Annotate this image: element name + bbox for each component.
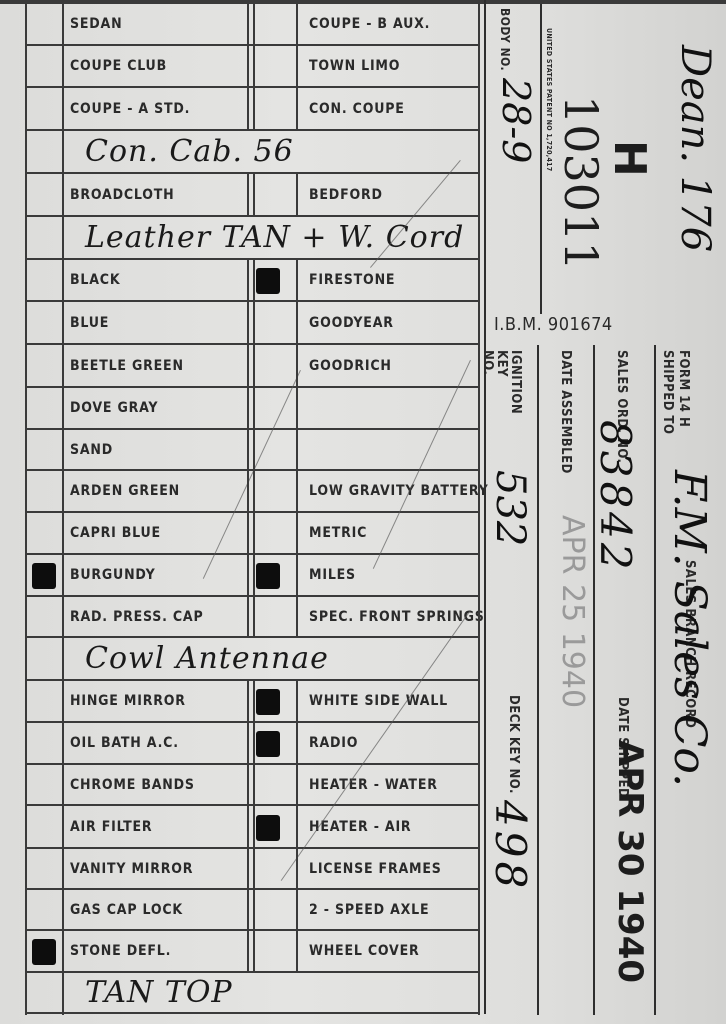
grid-row: AIR FILTERHEATER - AIR [25, 806, 479, 849]
grid-line-right-label [296, 260, 298, 302]
grid-line-mid-a [247, 430, 249, 471]
grid-line-right-label [296, 513, 298, 555]
option-mark-left[interactable] [32, 563, 56, 589]
grid-row: CHROME BANDSHEATER - WATER [25, 765, 479, 806]
grid-line-right-label [296, 723, 298, 765]
option-label-left: BLUE [70, 302, 109, 343]
option-label-left: STONE DEFL. [70, 931, 171, 971]
grid-line-mid-a [247, 471, 249, 513]
grid-line-mid-a [247, 513, 249, 555]
dealer-handwritten: Dean. 176 [672, 45, 718, 252]
serial-letter: H [604, 140, 655, 177]
date-assembled-value: APR 25 1940 [555, 515, 590, 708]
option-label-left: COUPE - A STD. [70, 88, 190, 129]
option-label-right: BEDFORD [309, 174, 383, 215]
grid-line-mid-b [253, 597, 255, 638]
grid-line-right-label [296, 46, 298, 88]
option-mark-right[interactable] [256, 563, 280, 589]
option-label-right: FIRESTONE [309, 260, 395, 300]
option-label-left: OIL BATH A.C. [70, 723, 179, 763]
option-label-left: VANITY MIRROR [70, 849, 193, 888]
grid-line-right-label [296, 890, 298, 931]
grid-row: TAN TOP [25, 973, 479, 1014]
grid-row: CAPRI BLUEMETRIC [25, 513, 479, 555]
grid-line-mid-b [253, 174, 255, 217]
grid-line-right-label [296, 174, 298, 217]
grid-line-right-label [296, 765, 298, 806]
grid-line-right-label [296, 345, 298, 388]
vehicle-build-card: SEDANCOUPE - B AUX.COUPE CLUBTOWN LIMOCO… [0, 0, 726, 1024]
grid-line-mid-b [253, 471, 255, 513]
grid-line-mid-a [247, 931, 249, 973]
grid-line-right-label [296, 88, 298, 131]
grid-line-mid-b [253, 46, 255, 88]
grid-line-right-label [296, 806, 298, 849]
grid-line-mid-a [247, 681, 249, 723]
grid-line-right-label [296, 681, 298, 723]
grid-line-left [25, 3, 27, 1015]
handwritten-note: Con. Cab. 56 [85, 131, 294, 172]
date-shipped-value: APR 30 1940 [610, 740, 650, 983]
handwritten-note: Cowl Antennae [85, 638, 329, 679]
option-mark-left[interactable] [32, 939, 56, 965]
option-label-left: SAND [70, 430, 113, 469]
grid-line-mid-a [247, 345, 249, 388]
option-label-right: METRIC [309, 513, 367, 553]
option-label-right: WHEEL COVER [309, 931, 420, 971]
grid-row: STONE DEFL.WHEEL COVER [25, 931, 479, 973]
option-label-right: HEATER - WATER [309, 765, 438, 804]
grid-line-right-label [296, 931, 298, 973]
option-mark-right[interactable] [256, 731, 280, 757]
option-mark-right[interactable] [256, 268, 280, 294]
grid-line-mid-a [247, 806, 249, 849]
grid-line-mid-b [253, 723, 255, 765]
grid-line-right-label [296, 555, 298, 597]
grid-line-mid-a [247, 890, 249, 931]
option-label-left: DOVE GRAY [70, 388, 158, 428]
grid-row: Con. Cab. 56 [25, 131, 479, 174]
grid-line-mid-a [247, 88, 249, 131]
grid-row: OIL BATH A.C.RADIO [25, 723, 479, 765]
body-no-value: 28-9 [494, 78, 538, 163]
grid-line-mid-a [247, 388, 249, 430]
grid-line-mid-b [253, 513, 255, 555]
grid-row: Cowl Antennae [25, 638, 479, 681]
grid-line-right-label [296, 471, 298, 513]
grid-line-mid-b [253, 931, 255, 973]
grid-row: HINGE MIRRORWHITE SIDE WALL [25, 681, 479, 723]
option-label-left: BLACK [70, 260, 120, 300]
option-mark-right[interactable] [256, 689, 280, 715]
option-label-right: TOWN LIMO [309, 46, 400, 86]
grid-line-mid-a [247, 597, 249, 638]
grid-line-mid-b [253, 555, 255, 597]
grid-line-mid-b [253, 302, 255, 345]
option-label-left: HINGE MIRROR [70, 681, 186, 721]
grid-line-right-label [296, 3, 298, 46]
sales-ord-value: 83842 [591, 420, 640, 574]
grid-line-mid-b [253, 3, 255, 46]
deck-key-value: 498 [486, 800, 535, 892]
ignition-key-label: IGNITION KEY NO. [480, 350, 522, 351]
shipped-to-value: F.M. Sales Co. [664, 470, 715, 787]
grid-row: BEETLE GREENGOODRICH [25, 345, 479, 388]
grid-line-right-label [296, 849, 298, 890]
panel-line-assembled [537, 345, 539, 1015]
option-label-left: GAS CAP LOCK [70, 890, 183, 929]
grid-line-mid-a [247, 302, 249, 345]
grid-row: RAD. PRESS. CAPSPEC. FRONT SPRINGS [25, 597, 479, 638]
grid-line-mid-b [253, 430, 255, 471]
grid-row: SAND [25, 430, 479, 471]
shipped-to-label: SHIPPED TO [660, 350, 674, 434]
grid-line-mid-b [253, 890, 255, 931]
grid-line-mid-b [253, 88, 255, 131]
option-label-left: RAD. PRESS. CAP [70, 597, 204, 636]
grid-line-label [62, 3, 64, 1015]
option-label-right: WHITE SIDE WALL [309, 681, 448, 721]
grid-line-mid-b [253, 765, 255, 806]
panel-line-shipped [654, 345, 656, 1015]
grid-line-right [478, 3, 480, 1015]
option-label-left: COUPE CLUB [70, 46, 167, 86]
body-no-label: BODY NO. [498, 8, 512, 71]
grid-row: SEDANCOUPE - B AUX. [25, 3, 479, 46]
grid-row: BLUEGOODYEAR [25, 302, 479, 345]
option-label-left: AIR FILTER [70, 806, 152, 847]
grid-line-mid-b [253, 345, 255, 388]
grid-row: ARDEN GREENLOW GRAVITY BATTERY [25, 471, 479, 513]
grid-row: DOVE GRAY [25, 388, 479, 430]
serial-number: 103011 [554, 95, 608, 271]
option-label-right: RADIO [309, 723, 358, 763]
grid-line-right-label [296, 302, 298, 345]
option-label-left: SEDAN [70, 3, 122, 44]
grid-line-mid-a [247, 555, 249, 597]
grid-line-right-label [296, 430, 298, 471]
grid-row: VANITY MIRRORLICENSE FRAMES [25, 849, 479, 890]
grid-line-mid-b [253, 849, 255, 890]
grid-line-mid-b [253, 260, 255, 302]
option-mark-right[interactable] [256, 815, 280, 841]
option-label-left: CAPRI BLUE [70, 513, 161, 553]
grid-line-mid-b [253, 388, 255, 430]
grid-line-mid-a [247, 765, 249, 806]
grid-row: Leather TAN + W. Cord [25, 217, 479, 260]
grid-line-mid-a [247, 260, 249, 302]
grid-line-right-label [296, 597, 298, 638]
grid-row: COUPE CLUBTOWN LIMO [25, 46, 479, 88]
option-label-left: BEETLE GREEN [70, 345, 184, 386]
option-label-right: MILES [309, 555, 356, 595]
option-label-right: HEATER - AIR [309, 806, 411, 847]
deck-key-label: DECK KEY NO. [506, 695, 520, 794]
option-label-right: GOODRICH [309, 345, 392, 386]
form-label: FORM 14 H [676, 350, 690, 427]
option-label-right: SPEC. FRONT SPRINGS [309, 597, 485, 636]
option-label-left: ARDEN GREEN [70, 471, 180, 511]
grid-line-mid-b [253, 806, 255, 849]
grid-row: BROADCLOTHBEDFORD [25, 174, 479, 217]
option-label-right: LICENSE FRAMES [309, 849, 442, 888]
option-label-right: 2 - SPEED AXLE [309, 890, 429, 929]
grid-line-mid-a [247, 723, 249, 765]
grid-row: GAS CAP LOCK2 - SPEED AXLE [25, 890, 479, 931]
ibm-number: I.B.M. 901674 [494, 318, 613, 332]
grid-row: BLACKFIRESTONE [25, 260, 479, 302]
date-assembled-label: DATE ASSEMBLED [558, 350, 572, 474]
option-label-left: CHROME BANDS [70, 765, 195, 804]
grid-line-mid-a [247, 3, 249, 46]
option-label-left: BROADCLOTH [70, 174, 174, 215]
option-label-right: GOODYEAR [309, 302, 394, 343]
option-label-left: BURGUNDY [70, 555, 156, 595]
option-label-right: COUPE - B AUX. [309, 3, 430, 44]
grid-line-mid-a [247, 46, 249, 88]
handwritten-note: TAN TOP [85, 973, 233, 1012]
ignition-key-value: 532 [487, 470, 533, 546]
option-label-right: CON. COUPE [309, 88, 405, 129]
grid-line-mid-a [247, 174, 249, 217]
grid-line-mid-b [253, 681, 255, 723]
grid-line-right-label [296, 388, 298, 430]
option-label-right: LOW GRAVITY BATTERY [309, 471, 489, 511]
grid-row: BURGUNDYMILES [25, 555, 479, 597]
grid-line-mid-a [247, 849, 249, 890]
grid-row: COUPE - A STD.CON. COUPE [25, 88, 479, 131]
